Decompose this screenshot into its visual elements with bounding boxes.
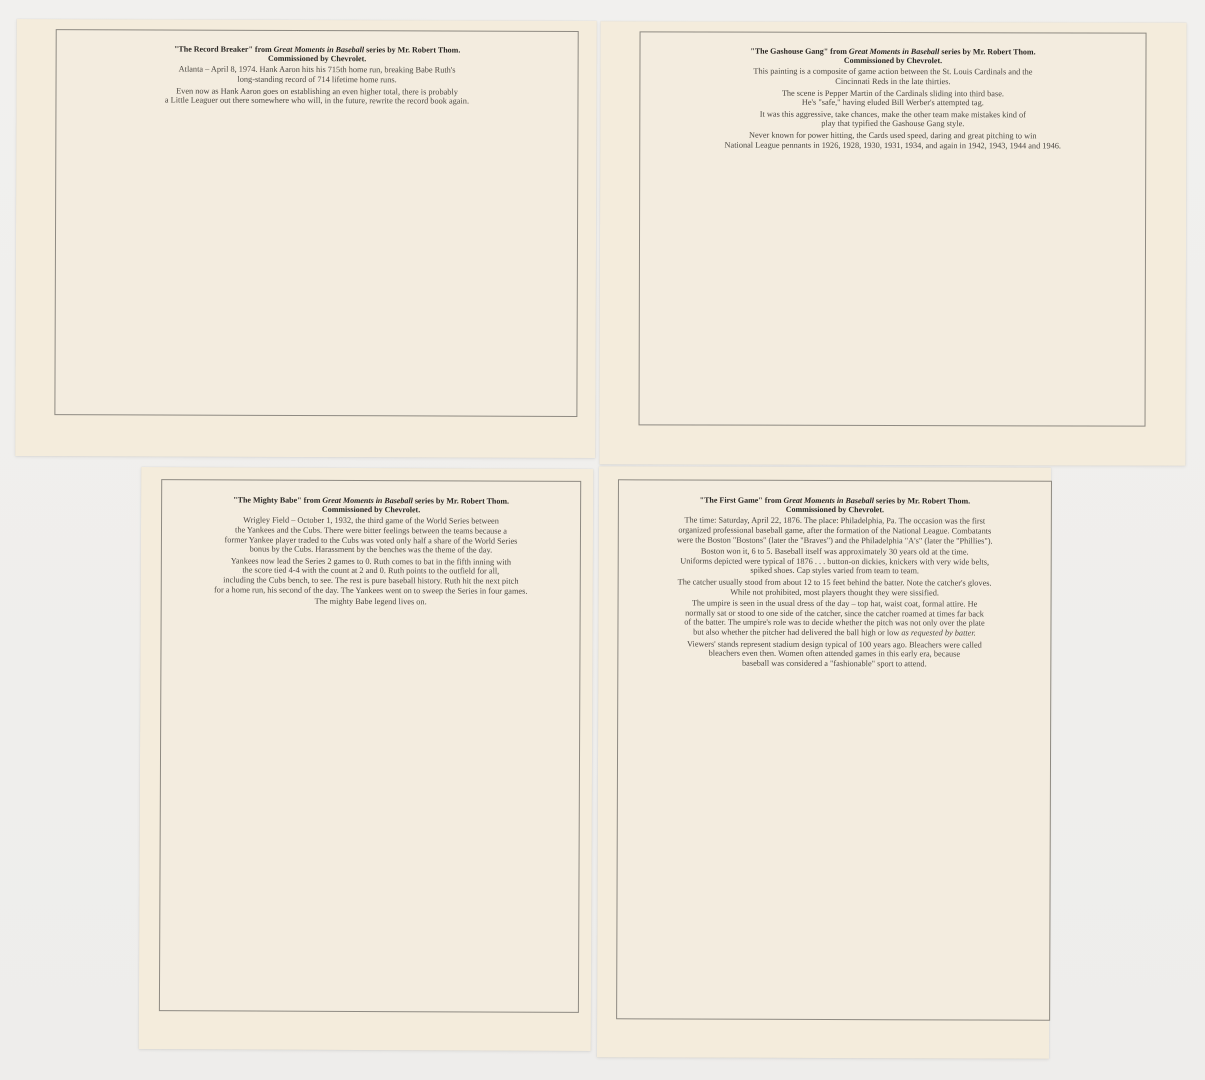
series-name: Great Moments in Baseball	[783, 496, 873, 505]
caption-paragraph-umpire: The umpire is seen in the usual dress of…	[618, 598, 1050, 638]
series-name: Great Moments in Baseball	[322, 496, 412, 505]
sheet-border-frame: "The Record Breaker" from Great Moments …	[54, 29, 578, 417]
caption-title: "The Mighty Babe" from Great Moments in …	[162, 495, 580, 515]
caption-paragraph: Atlanta – April 8, 1974. Hank Aaron hits…	[57, 65, 578, 86]
caption-paragraph: Wrigley Field – October 1, 1932, the thi…	[162, 516, 580, 556]
sheet-mighty-babe: "The Mighty Babe" from Great Moments in …	[139, 467, 594, 1051]
sheet-caption: "The Mighty Babe" from Great Moments in …	[162, 495, 580, 608]
caption-title: "The First Game" from Great Moments in B…	[619, 495, 1051, 515]
sheet-border-frame: "The Mighty Babe" from Great Moments in …	[159, 479, 581, 1013]
photo-backdrop: "The Record Breaker" from Great Moments …	[0, 0, 1205, 1080]
commission-line: Commissioned by Chevrolet.	[268, 54, 366, 63]
caption-paragraph: Even now as Hank Aaron goes on establish…	[56, 86, 577, 107]
sheet-border-frame: "The Gashouse Gang" from Great Moments i…	[639, 31, 1147, 426]
sheet-caption: "The Record Breaker" from Great Moments …	[56, 44, 577, 107]
caption-paragraph: The mighty Babe legend lives on.	[162, 596, 580, 607]
painting-name: "The Record Breaker"	[174, 45, 253, 54]
caption-paragraph: The scene is Pepper Martin of the Cardin…	[640, 88, 1145, 109]
caption-paragraph: It was this aggressive, take chances, ma…	[640, 109, 1145, 130]
commission-line: Commissioned by Chevrolet.	[844, 56, 942, 65]
caption-paragraph: Boston won it, 6 to 5. Baseball itself w…	[619, 546, 1051, 576]
painting-name: "The First Game"	[700, 496, 763, 505]
caption-paragraph: This painting is a composite of game act…	[640, 67, 1145, 88]
painting-name: "The Gashouse Gang"	[750, 47, 828, 56]
painting-name: "The Mighty Babe"	[233, 495, 301, 504]
commission-line: Commissioned by Chevrolet.	[786, 505, 884, 514]
caption-paragraph: Yankees now lead the Series 2 games to 0…	[162, 556, 580, 596]
italic-phrase: as requested by batter.	[901, 628, 975, 637]
caption-title: "The Gashouse Gang" from Great Moments i…	[640, 46, 1145, 66]
sheet-gashouse-gang: "The Gashouse Gang" from Great Moments i…	[599, 21, 1186, 466]
series-name: Great Moments in Baseball	[274, 45, 364, 54]
sheet-caption: "The First Game" from Great Moments in B…	[618, 495, 1051, 669]
series-name: Great Moments in Baseball	[849, 47, 939, 56]
caption-paragraph: Viewers' stands represent stadium design…	[618, 639, 1050, 669]
caption-paragraph: The time: Saturday, April 22, 1876. The …	[619, 516, 1051, 546]
sheet-first-game: "The First Game" from Great Moments in B…	[597, 466, 1051, 1059]
sheet-record-breaker: "The Record Breaker" from Great Moments …	[15, 19, 597, 458]
sheet-border-frame: "The First Game" from Great Moments in B…	[616, 479, 1052, 1021]
commission-line: Commissioned by Chevrolet.	[322, 505, 420, 514]
caption-paragraph: Never known for power hitting, the Cards…	[640, 130, 1145, 151]
caption-paragraph: The catcher usually stood from about 12 …	[619, 577, 1051, 598]
caption-title: "The Record Breaker" from Great Moments …	[57, 44, 578, 64]
sheet-caption: "The Gashouse Gang" from Great Moments i…	[640, 46, 1145, 150]
